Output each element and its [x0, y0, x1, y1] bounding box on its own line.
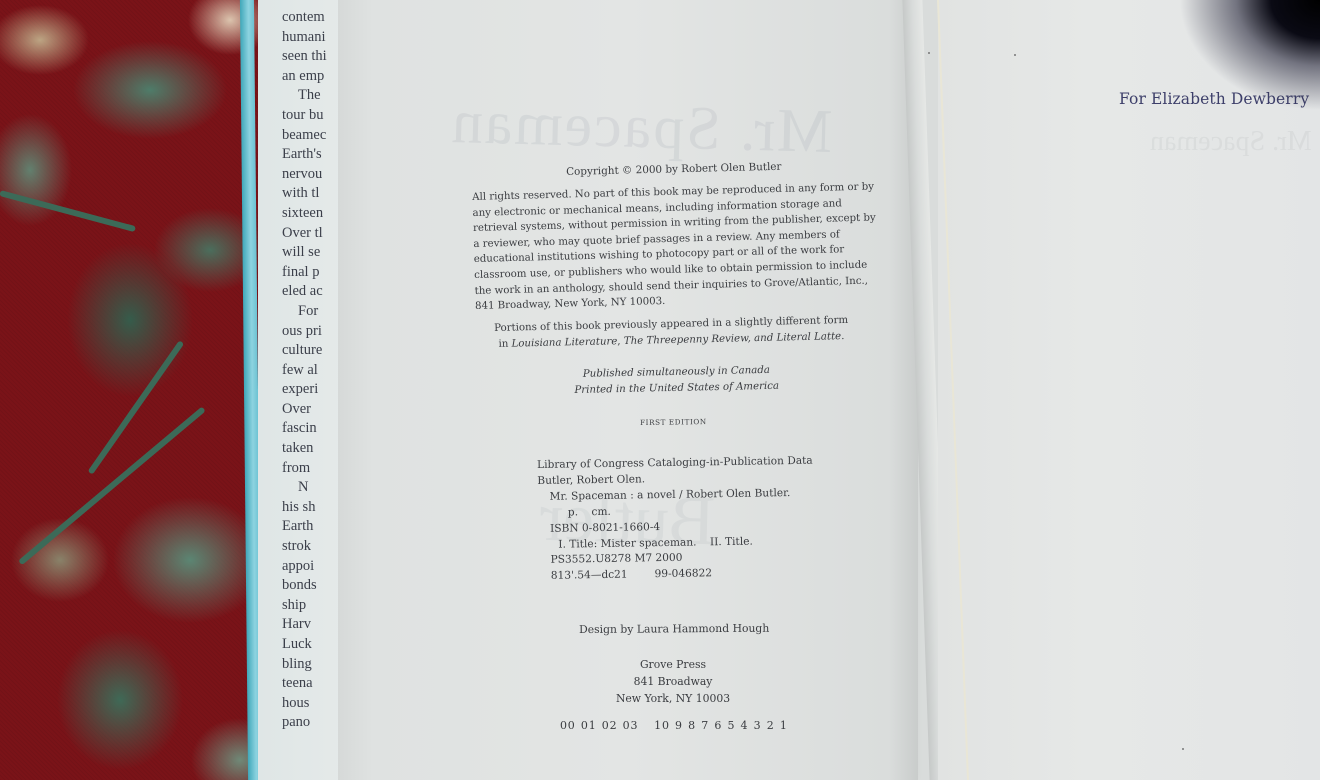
text-end: .	[841, 331, 844, 342]
text-prefix: in	[498, 338, 511, 349]
edition-label: FIRST EDITION	[640, 417, 707, 427]
floral-fabric-background	[0, 0, 262, 780]
bleed-through-text: Mr. Spaceman	[1150, 126, 1312, 158]
previous-page-line: nervou	[282, 165, 344, 185]
previous-page-line: ship	[282, 596, 344, 616]
rights-reserved-paragraph: All rights reserved. No part of this boo…	[472, 179, 878, 314]
previous-page-line: contem	[282, 8, 344, 28]
previous-page-line: Luck	[282, 635, 344, 655]
previous-page-line: few al	[282, 361, 344, 381]
previous-page-line: Earth's	[282, 145, 344, 165]
previous-page-line: an emp	[282, 67, 344, 87]
publisher-name: Grove Press	[608, 656, 738, 673]
dedication-text: For Elizabeth Dewberry	[1119, 90, 1309, 108]
previous-page-line: appoi	[282, 557, 344, 577]
previous-page-line: eled ac	[282, 282, 344, 302]
previous-page-line: ous pri	[282, 322, 344, 342]
previous-page-line: tour bu	[282, 106, 344, 126]
bleed-through-title: Mr. Spaceman	[449, 87, 833, 168]
previous-page-line: with tl	[282, 184, 344, 204]
text-separator: , and	[748, 332, 777, 344]
journal-title: Louisiana Literature	[511, 336, 617, 349]
previous-page-line: bling	[282, 655, 344, 675]
dedication-page	[938, 0, 1320, 780]
previous-page-line: For	[282, 302, 344, 322]
previous-page-line: Earth	[282, 517, 344, 537]
previous-page-line: teena	[282, 674, 344, 694]
design-credit: Design by Laura Hammond Hough	[579, 622, 769, 636]
previous-page-line: fascin	[282, 419, 344, 439]
previous-page-line: beamec	[282, 126, 344, 146]
previous-page-line: experi	[282, 380, 344, 400]
previous-page-line: strok	[282, 537, 344, 557]
previous-page-line: Over	[282, 400, 344, 420]
cip-data-block: Library of Congress Cataloging-in-Public…	[537, 454, 815, 586]
previous-page-text: contemhumaniseen thian empThetour bubeam…	[282, 8, 344, 733]
fabric-vine	[0, 190, 136, 232]
previous-page-line: humani	[282, 28, 344, 48]
previous-page-line: N	[282, 478, 344, 498]
previous-page-line: The	[282, 86, 344, 106]
previous-page-line: will se	[282, 243, 344, 263]
paper-speck	[1014, 54, 1016, 56]
paper-speck	[1182, 748, 1184, 750]
previous-page-line: his sh	[282, 498, 344, 518]
fabric-vine	[18, 406, 206, 565]
previous-page-line: seen thi	[282, 47, 344, 67]
paper-speck	[928, 52, 930, 54]
previous-page-line: taken	[282, 439, 344, 459]
fabric-vine	[88, 340, 185, 475]
previous-page-line: pano	[282, 713, 344, 733]
previous-page-line: bonds	[282, 576, 344, 596]
publisher-address: Grove Press 841 Broadway New York, NY 10…	[608, 656, 738, 707]
journal-title: The Threepenny Review	[624, 333, 748, 347]
publisher-city: New York, NY 10003	[608, 690, 738, 707]
previous-page-line: culture	[282, 341, 344, 361]
journal-title: Literal Latte	[776, 331, 841, 343]
printing-number-line: 00 01 02 03 10 9 8 7 6 5 4 3 2 1	[560, 719, 788, 732]
previous-page-line: Harv	[282, 615, 344, 635]
previous-page-line: from	[282, 459, 344, 479]
previous-page-line: hous	[282, 694, 344, 714]
previous-page-line: final p	[282, 263, 344, 283]
publisher-street: 841 Broadway	[608, 673, 738, 690]
previous-page-line: Over tl	[282, 224, 344, 244]
previous-page-line: sixteen	[282, 204, 344, 224]
publication-locale-note: Published simultaneously in Canada Print…	[574, 363, 779, 398]
